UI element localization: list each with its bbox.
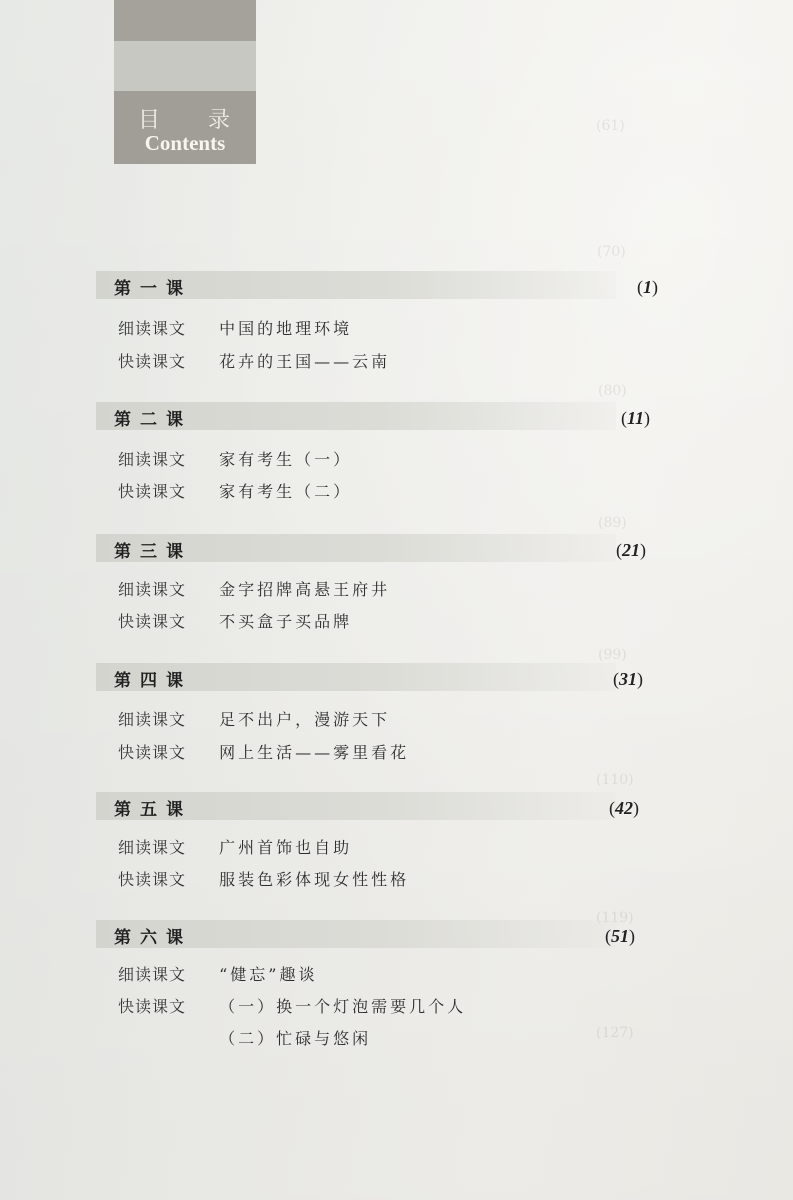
toc-entry[interactable]: 细读课文 家有考生（一） xyxy=(118,447,352,470)
entry-type-label: 快读课文 xyxy=(118,994,214,1017)
entry-title: 网上生活——雾里看花 xyxy=(219,740,409,763)
bleed-through-text: (89) xyxy=(598,515,627,531)
contents-title-en: Contents xyxy=(114,131,256,156)
lesson-page-number: (31) xyxy=(613,669,643,690)
page-lighting xyxy=(0,0,793,1200)
entry-title: “健忘”趣谈 xyxy=(219,962,317,985)
bleed-through-text: (99) xyxy=(598,647,627,663)
lesson-page-number: (51) xyxy=(605,926,635,947)
toc-entry[interactable]: 细读课文 足不出户，漫游天下 xyxy=(118,707,390,730)
lesson-page-number: (21) xyxy=(616,540,646,561)
lesson-page-number: (11) xyxy=(621,408,650,429)
lesson-heading-bar: 第一课 xyxy=(96,271,616,299)
toc-lesson-2[interactable]: 第二课 (11) 细读课文 家有考生（一） 快读课文 家有考生（二） xyxy=(96,402,696,430)
entry-title: 金字招牌高悬王府井 xyxy=(219,577,390,600)
entry-type-label: 快读课文 xyxy=(118,479,214,502)
toc-entry[interactable]: 细读课文 金字招牌高悬王府井 xyxy=(118,577,390,600)
entry-type-label: 细读课文 xyxy=(118,962,214,985)
header-band-title: 目 录 Contents xyxy=(114,91,256,164)
toc-entry[interactable]: 细读课文 “健忘”趣谈 xyxy=(118,962,317,985)
entry-title: 家有考生（一） xyxy=(219,447,352,470)
lesson-title: 第五课 xyxy=(114,795,192,820)
lesson-page-number: (42) xyxy=(609,798,639,819)
toc-entry[interactable]: 快读课文 （一）换一个灯泡需要几个人 xyxy=(118,994,466,1017)
toc-lesson-4[interactable]: 第四课 (31) 细读课文 足不出户，漫游天下 快读课文 网上生活——雾里看花 xyxy=(96,663,696,691)
entry-type-label: 快读课文 xyxy=(118,349,214,372)
toc-lesson-5[interactable]: 第五课 (42) 细读课文 广州首饰也自助 快读课文 服装色彩体现女性性格 xyxy=(96,792,696,820)
lesson-heading-bar: 第二课 xyxy=(96,402,616,430)
lesson-heading-bar: 第五课 xyxy=(96,792,616,820)
toc-lesson-6[interactable]: 第六课 (51) 细读课文 “健忘”趣谈 快读课文 （一）换一个灯泡需要几个人 … xyxy=(96,920,696,948)
entry-type-label: 快读课文 xyxy=(118,867,214,890)
lesson-title: 第六课 xyxy=(114,923,192,948)
contents-title-cn: 目 录 xyxy=(114,103,256,134)
entry-type-label: 快读课文 xyxy=(118,740,214,763)
entry-title: 不买盒子买品牌 xyxy=(219,609,352,632)
bleed-through-text: (127) xyxy=(596,1025,634,1041)
lesson-heading-bar: 第四课 xyxy=(96,663,616,691)
entry-title: 服装色彩体现女性性格 xyxy=(219,867,409,890)
title-cn-char-2: 录 xyxy=(208,103,230,134)
lesson-heading-bar: 第六课 xyxy=(96,920,616,948)
title-cn-char-1: 目 xyxy=(138,103,160,134)
entry-type-label: 细读课文 xyxy=(118,447,214,470)
lesson-page-number: (1) xyxy=(637,277,658,298)
entry-title: 广州首饰也自助 xyxy=(219,835,352,858)
entry-type-label: 细读课文 xyxy=(118,577,214,600)
toc-entry-continuation[interactable]: （二）忙碌与悠闲 xyxy=(118,1026,371,1049)
lesson-title: 第二课 xyxy=(114,405,192,430)
toc-entry[interactable]: 细读课文 中国的地理环境 xyxy=(118,316,352,339)
header-band-middle xyxy=(114,41,256,91)
lesson-title: 第三课 xyxy=(114,537,192,562)
toc-lesson-3[interactable]: 第三课 (21) 细读课文 金字招牌高悬王府井 快读课文 不买盒子买品牌 xyxy=(96,534,696,562)
bleed-through-text: (61) xyxy=(596,118,625,134)
toc-entry[interactable]: 快读课文 不买盒子买品牌 xyxy=(118,609,352,632)
toc-lesson-1[interactable]: 第一课 (1) 细读课文 中国的地理环境 快读课文 花卉的王国——云南 xyxy=(96,271,696,299)
bleed-through-text: (110) xyxy=(596,772,634,788)
contents-header: 目 录 Contents xyxy=(114,0,256,164)
lesson-title: 第四课 xyxy=(114,666,192,691)
bleed-through-text: (70) xyxy=(597,244,626,260)
entry-title: （一）换一个灯泡需要几个人 xyxy=(219,994,466,1017)
entry-title: 足不出户，漫游天下 xyxy=(219,707,390,730)
toc-entry[interactable]: 快读课文 家有考生（二） xyxy=(118,479,352,502)
header-band-top xyxy=(114,0,256,41)
entry-type-label: 细读课文 xyxy=(118,835,214,858)
entry-title: 家有考生（二） xyxy=(219,479,352,502)
entry-type-label: 快读课文 xyxy=(118,609,214,632)
toc-entry[interactable]: 快读课文 服装色彩体现女性性格 xyxy=(118,867,409,890)
entry-title: 中国的地理环境 xyxy=(219,316,352,339)
toc-entry[interactable]: 快读课文 花卉的王国——云南 xyxy=(118,349,390,372)
toc-entry[interactable]: 细读课文 广州首饰也自助 xyxy=(118,835,352,858)
lesson-title: 第一课 xyxy=(114,274,192,299)
entry-type-label: 细读课文 xyxy=(118,707,214,730)
lesson-heading-bar: 第三课 xyxy=(96,534,616,562)
entry-title: （二）忙碌与悠闲 xyxy=(219,1026,371,1049)
entry-type-label: 细读课文 xyxy=(118,316,214,339)
entry-title: 花卉的王国——云南 xyxy=(219,349,390,372)
bleed-through-text: (80) xyxy=(598,383,627,399)
toc-entry[interactable]: 快读课文 网上生活——雾里看花 xyxy=(118,740,409,763)
